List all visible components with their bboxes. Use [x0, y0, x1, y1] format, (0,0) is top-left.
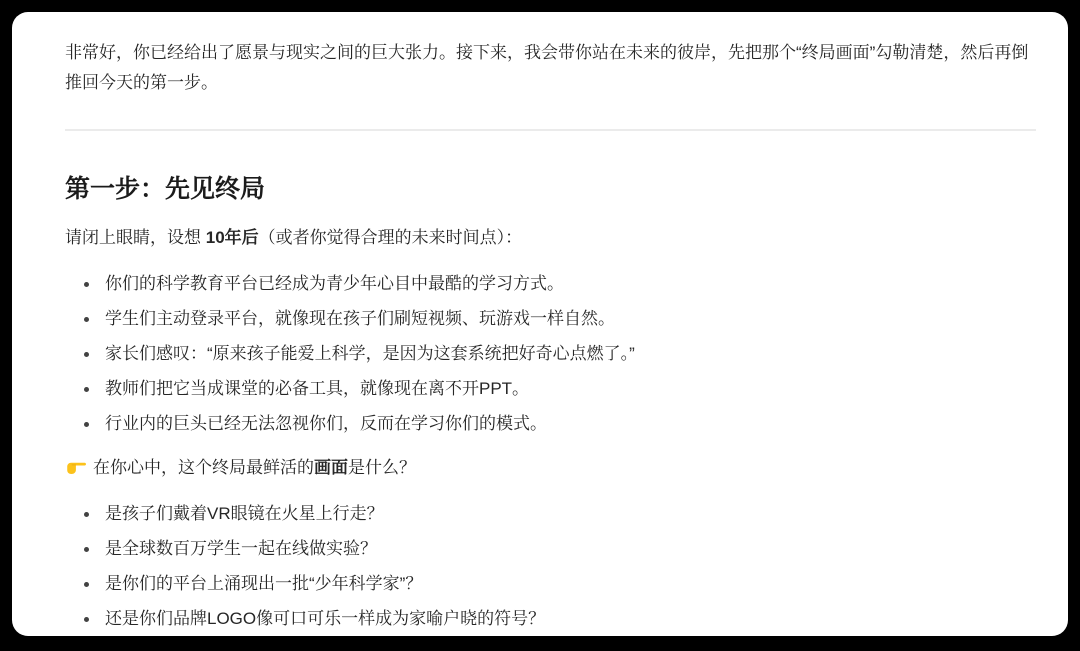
list-item: 家长们感叹：“原来孩子能爱上科学，是因为这套系统把好奇心点燃了。” [105, 337, 1036, 372]
lead-suffix: （或者你觉得合理的未来时间点）： [259, 228, 523, 247]
list-item: 教师们把它当成课堂的必备工具，就像现在离不开PPT。 [105, 372, 1036, 407]
question-line: 在你心中，这个终局最鲜活的画面是什么？ [65, 453, 1036, 483]
list-item: 学生们主动登录平台，就像现在孩子们刷短视频、玩游戏一样自然。 [105, 302, 1036, 337]
question-prefix: 在你心中，这个终局最鲜活的 [93, 458, 314, 477]
intro-paragraph: 非常好，你已经给出了愿景与现实之间的巨大张力。接下来，我会带你站在未来的彼岸，先… [65, 38, 1036, 98]
question-suffix: 是什么？ [348, 458, 416, 477]
vision-list: 你们的科学教育平台已经成为青少年心目中最酷的学习方式。 学生们主动登录平台，就像… [65, 267, 1036, 442]
lead-bold-timeframe: 10年后 [206, 228, 259, 247]
list-item: 是孩子们戴着VR眼镜在火星上行走？ [105, 497, 1036, 532]
picture-list: 是孩子们戴着VR眼镜在火星上行走？ 是全球数百万学生一起在线做实验？ 是你们的平… [65, 497, 1036, 636]
list-item: 是全球数百万学生一起在线做实验？ [105, 532, 1036, 567]
pointing-right-icon [65, 456, 86, 477]
section-divider [65, 129, 1036, 131]
lead-prefix: 请闭上眼睛，设想 [65, 228, 206, 247]
list-item: 行业内的巨头已经无法忽视你们，反而在学习你们的模式。 [105, 407, 1036, 442]
question-bold-word: 画面 [314, 458, 348, 477]
message-card: 非常好，你已经给出了愿景与现实之间的巨大张力。接下来，我会带你站在未来的彼岸，先… [12, 12, 1068, 636]
list-item: 是你们的平台上涌现出一批“少年科学家”？ [105, 567, 1036, 602]
list-item: 还是你们品牌LOGO像可口可乐一样成为家喻户晓的符号？ [105, 602, 1036, 636]
list-item: 你们的科学教育平台已经成为青少年心目中最酷的学习方式。 [105, 267, 1036, 302]
lead-paragraph: 请闭上眼睛，设想 10年后（或者你觉得合理的未来时间点）： [65, 223, 1036, 253]
step-heading: 第一步：先见终局 [65, 173, 1036, 205]
